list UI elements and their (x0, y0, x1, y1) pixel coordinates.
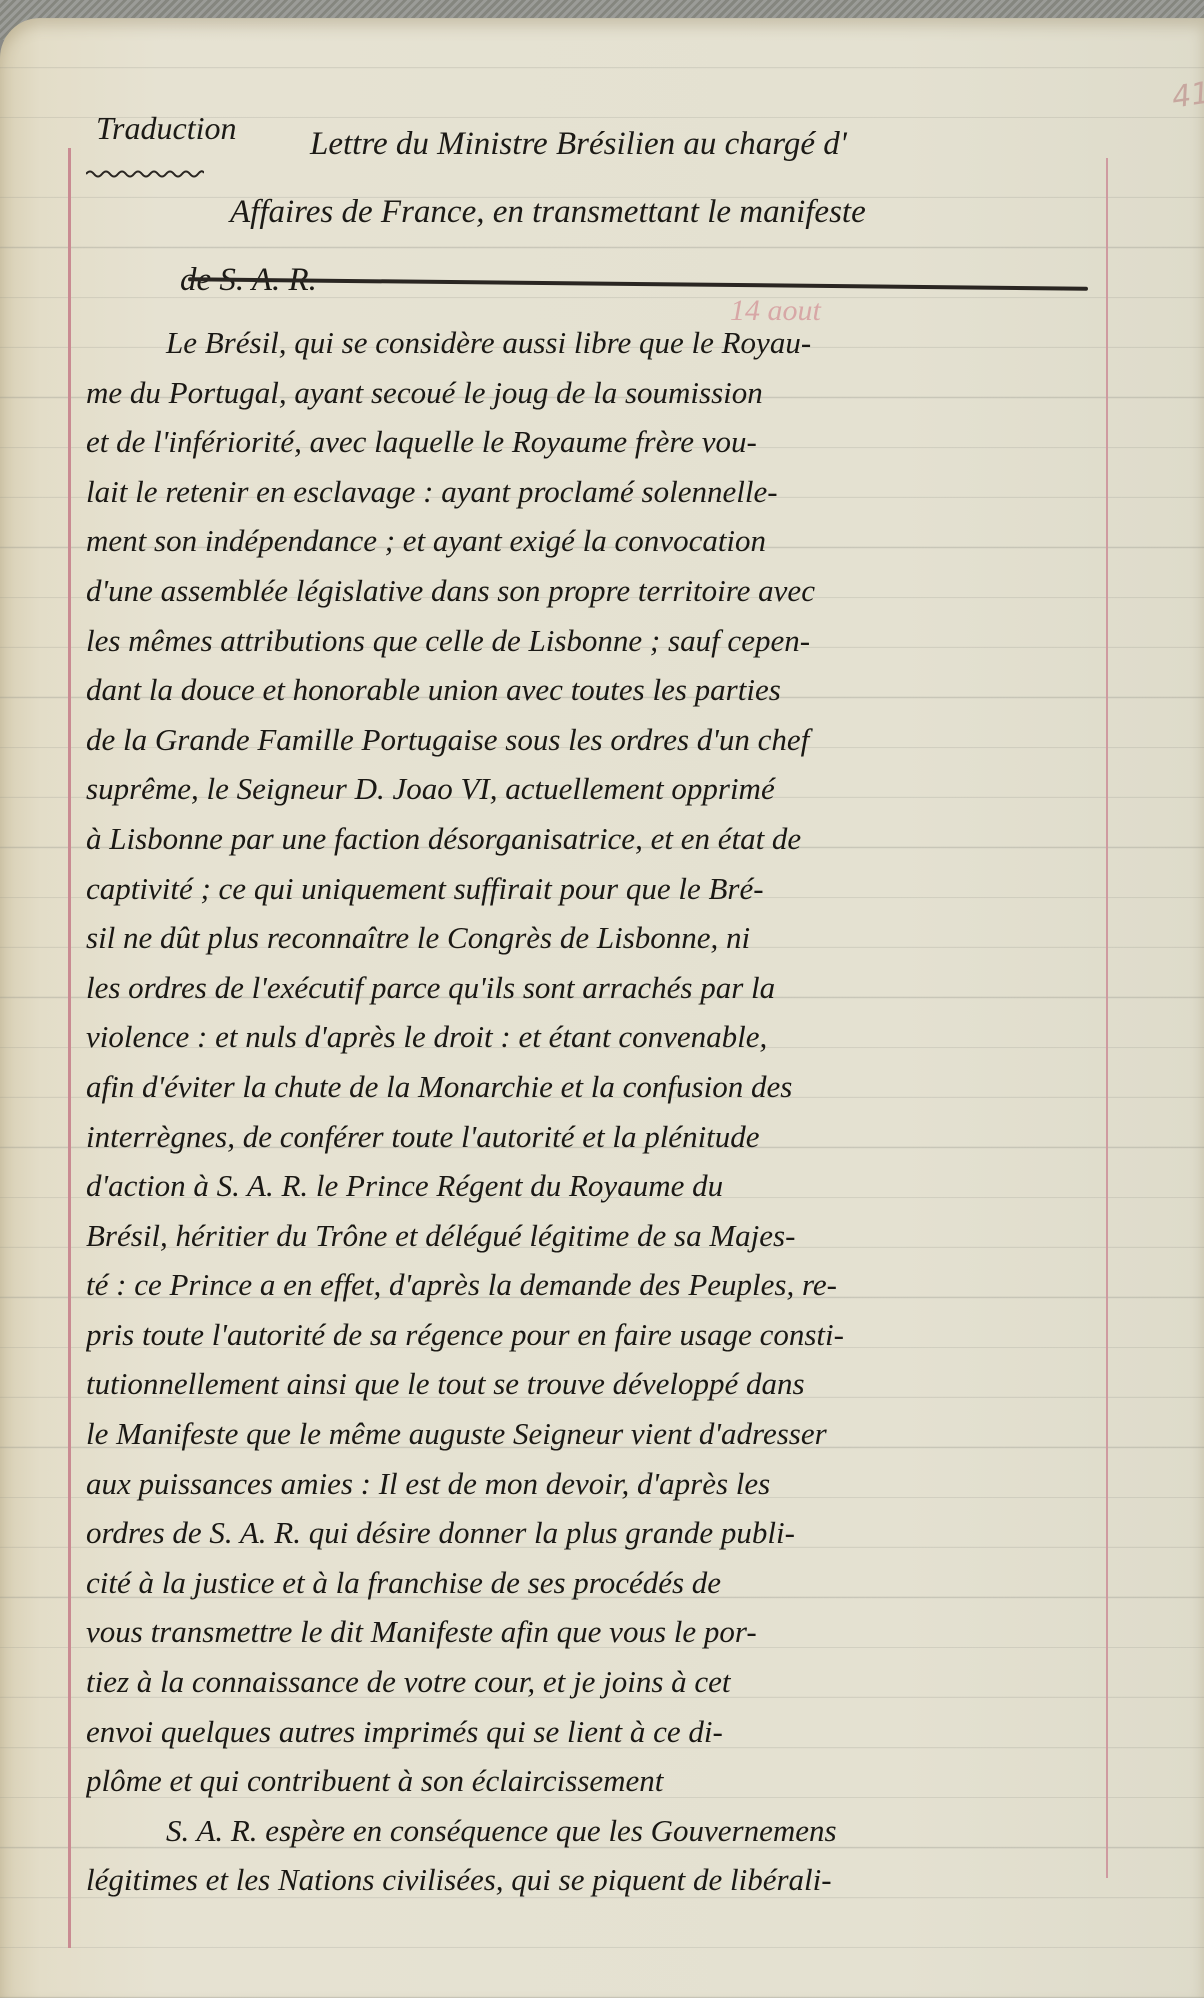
text-line: cité à la justice et à la franchise de s… (86, 1558, 1104, 1608)
text-line: ordres de S. A. R. qui désire donner la … (86, 1508, 1104, 1558)
squiggle-underline-icon (86, 168, 204, 178)
text-line: lait le retenir en esclavage : ayant pro… (86, 467, 1104, 517)
left-margin-rule (68, 148, 71, 1948)
text-line: me du Portugal, ayant secoué le joug de … (86, 368, 1104, 418)
text-line: d'action à S. A. R. le Prince Régent du … (86, 1161, 1104, 1211)
letter-body: Le Brésil, qui se considère aussi libre … (86, 318, 1104, 1905)
text-line: vous transmettre le dit Manifeste afin q… (86, 1607, 1104, 1657)
text-line: de la Grande Famille Portugaise sous les… (86, 715, 1104, 765)
text-line: envoi quelques autres imprimés qui se li… (86, 1707, 1104, 1757)
text-line: à Lisbonne par une faction désorganisatr… (86, 814, 1104, 864)
text-line: les ordres de l'exécutif parce qu'ils so… (86, 963, 1104, 1013)
text-line: afin d'éviter la chute de la Monarchie e… (86, 1062, 1104, 1112)
folio-number: 41 (1170, 76, 1204, 116)
text-line: plôme et qui contribuent à son éclaircis… (86, 1756, 1104, 1806)
text-line: aux puissances amies : Il est de mon dev… (86, 1459, 1104, 1509)
text-line: dant la douce et honorable union avec to… (86, 665, 1104, 715)
text-line: tiez à la connaissance de votre cour, et… (86, 1657, 1104, 1707)
text-line: pris toute l'autorité de sa régence pour… (86, 1310, 1104, 1360)
text-line: tutionnellement ainsi que le tout se tro… (86, 1359, 1104, 1409)
text-line: d'une assemblée législative dans son pro… (86, 566, 1104, 616)
text-line: ment son indépendance ; et ayant exigé l… (86, 516, 1104, 566)
text-line: et de l'infériorité, avec laquelle le Ro… (86, 417, 1104, 467)
text-line: le Manifeste que le même auguste Seigneu… (86, 1409, 1104, 1459)
heading-label: Traduction (96, 110, 236, 147)
right-margin-rule (1106, 158, 1108, 1878)
heading-title-line: Affaires de France, en transmettant le m… (230, 178, 1100, 246)
text-line: S. A. R. espère en conséquence que les G… (86, 1806, 1104, 1856)
text-line: sil ne dût plus reconnaître le Congrès d… (86, 913, 1104, 963)
text-line: té : ce Prince a en effet, d'après la de… (86, 1260, 1104, 1310)
text-line: suprême, le Seigneur D. Joao VI, actuell… (86, 764, 1104, 814)
text-line: Brésil, héritier du Trône et délégué lég… (86, 1211, 1104, 1261)
heading-title-line: Lettre du Ministre Brésilien au chargé d… (230, 110, 1100, 178)
text-line: les mêmes attributions que celle de Lisb… (86, 616, 1104, 666)
text-line: captivité ; ce qui uniquement suffirait … (86, 864, 1104, 914)
text-line: violence : et nuls d'après le droit : et… (86, 1012, 1104, 1062)
manuscript-page: 41 Traduction Lettre du Ministre Brésili… (0, 18, 1204, 1998)
text-line: légitimes et les Nations civilisées, qui… (86, 1855, 1104, 1905)
text-line: Le Brésil, qui se considère aussi libre … (86, 318, 1104, 368)
text-line: interrègnes, de conférer toute l'autorit… (86, 1112, 1104, 1162)
